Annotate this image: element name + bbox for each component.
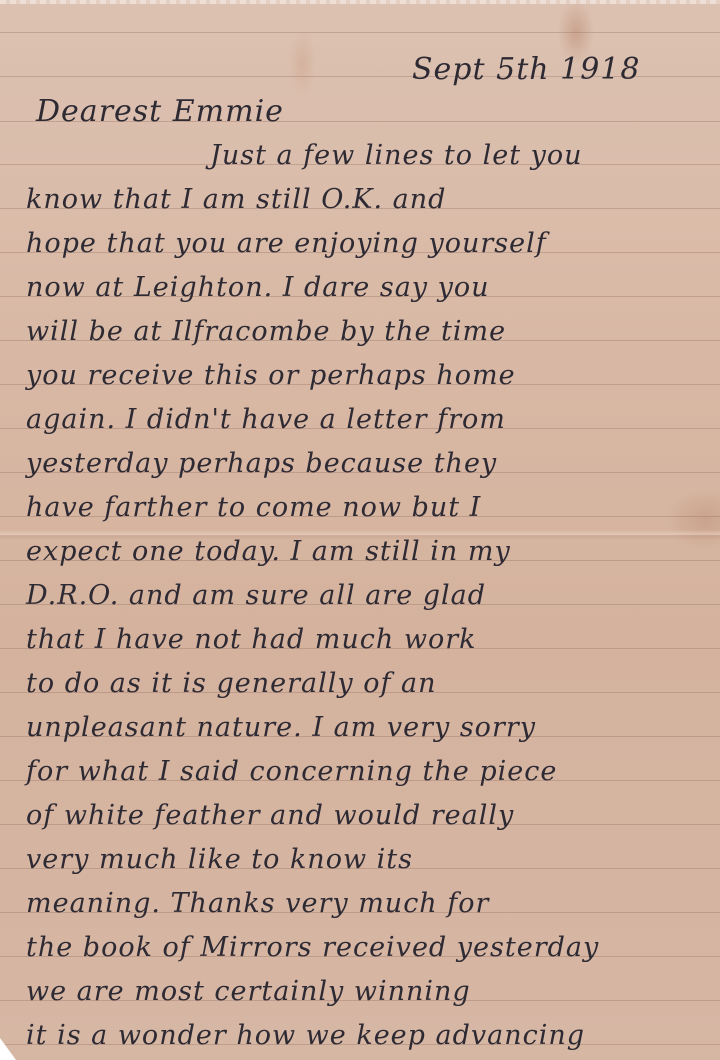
letter-line: for what I said concerning the piece	[26, 756, 557, 787]
letter-line: again. I didn't have a letter from	[26, 404, 506, 435]
letter-page: Sept 5th 1918 Dearest Emmie Just a few l…	[0, 0, 720, 1060]
letter-line: to do as it is generally of an	[26, 668, 437, 699]
letter-line: we are most certainly winning	[26, 976, 471, 1007]
letter-line: D.R.O. and am sure all are glad	[26, 580, 486, 611]
letter-line: now at Leighton. I dare say you	[26, 272, 490, 303]
letter-line: yesterday perhaps because they	[26, 448, 497, 479]
letter-line: the book of Mirrors received yesterday	[26, 932, 599, 963]
letter-line: unpleasant nature. I am very sorry	[26, 712, 536, 743]
letter-line: you receive this or perhaps home	[26, 360, 516, 391]
letter-line: of white feather and would really	[26, 800, 514, 831]
rule-line	[0, 32, 720, 33]
letter-line: have farther to come now but I	[26, 492, 481, 523]
letter-line: will be at Ilfracombe by the time	[26, 316, 506, 347]
letter-line: meaning. Thanks very much for	[26, 888, 489, 919]
letter-line: it is a wonder how we keep advancing	[26, 1020, 585, 1051]
letter-salutation: Dearest Emmie	[36, 94, 284, 129]
torn-corner	[0, 1038, 16, 1060]
letter-line: expect one today. I am still in my	[26, 536, 511, 567]
letter-date: Sept 5th 1918	[412, 52, 640, 87]
letter-line: that I have not had much work	[26, 624, 476, 655]
letter-line: hope that you are enjoying yourself	[26, 228, 547, 259]
letter-line: very much like to know its	[26, 844, 413, 875]
letter-line: know that I am still O.K. and	[26, 184, 446, 215]
letter-line: Just a few lines to let you	[210, 140, 583, 171]
